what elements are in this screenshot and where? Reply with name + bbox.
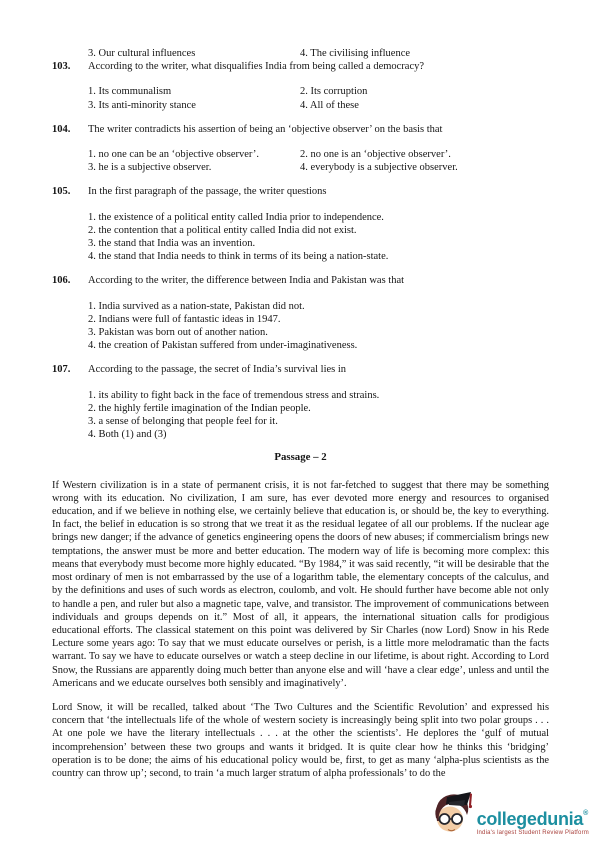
brand-tagline: India's largest Student Review Platform bbox=[477, 830, 589, 836]
question-103: 103. According to the writer, what disqu… bbox=[52, 60, 549, 112]
question-number: 107. bbox=[52, 363, 88, 441]
option: 2. the highly fertile imagination of the… bbox=[88, 402, 549, 415]
option: 1. its ability to fight back in the face… bbox=[88, 389, 549, 402]
question-number: 105. bbox=[52, 185, 88, 263]
carryover-option-4: 4. The civilising influence bbox=[300, 47, 549, 60]
option: 1. the existence of a political entity c… bbox=[88, 211, 549, 224]
option: 2. no one is an ‘objective observer’. bbox=[300, 148, 549, 161]
options-list: 1. Its communalism 2. Its corruption 3. … bbox=[88, 85, 549, 111]
carryover-option-3: 3. Our cultural influences bbox=[88, 47, 300, 60]
question-106: 106. According to the writer, the differ… bbox=[52, 274, 549, 352]
option: 3. he is a subjective observer. bbox=[88, 161, 300, 174]
option: 3. the stand that India was an invention… bbox=[88, 237, 549, 250]
question-number: 104. bbox=[52, 123, 88, 175]
option: 1. no one can be an ‘objective observer’… bbox=[88, 148, 300, 161]
question-number: 103. bbox=[52, 60, 88, 112]
options-list: 1. the existence of a political entity c… bbox=[88, 211, 549, 264]
options-list: 1. its ability to fight back in the face… bbox=[88, 389, 549, 442]
option: 2. Its corruption bbox=[300, 85, 549, 98]
option: 1. Its communalism bbox=[88, 85, 300, 98]
option: 1. India survived as a nation-state, Pak… bbox=[88, 300, 549, 313]
options-list: 1. India survived as a nation-state, Pak… bbox=[88, 300, 549, 353]
registered-mark-icon: ® bbox=[583, 810, 588, 817]
passage-paragraph: Lord Snow, it will be recalled, talked a… bbox=[52, 701, 549, 780]
option: 4. the stand that India needs to think i… bbox=[88, 250, 549, 263]
option: 3. Its anti-minority stance bbox=[88, 99, 300, 112]
question-text: According to the writer, what disqualifi… bbox=[88, 60, 549, 73]
question-107: 107. According to the passage, the secre… bbox=[52, 363, 549, 441]
passage-title: Passage – 2 bbox=[52, 451, 549, 464]
question-text: In the first paragraph of the passage, t… bbox=[88, 185, 549, 198]
question-number: 106. bbox=[52, 274, 88, 352]
question-text: According to the writer, the difference … bbox=[88, 274, 549, 287]
question-105: 105. In the first paragraph of the passa… bbox=[52, 185, 549, 263]
exam-page-content: 3. Our cultural influences 4. The civili… bbox=[52, 47, 549, 791]
carryover-options-row: 3. Our cultural influences 4. The civili… bbox=[88, 47, 549, 60]
options-list: 1. no one can be an ‘objective observer’… bbox=[88, 148, 549, 174]
option: 4. the creation of Pakistan suffered fro… bbox=[88, 339, 549, 352]
option: 4. Both (1) and (3) bbox=[88, 428, 549, 441]
option: 3. a sense of belonging that people feel… bbox=[88, 415, 549, 428]
brand-name: collegedunia® bbox=[477, 810, 589, 828]
option: 2. the contention that a political entit… bbox=[88, 224, 549, 237]
question-text: According to the passage, the secret of … bbox=[88, 363, 549, 376]
option: 3. Pakistan was born out of another nati… bbox=[88, 326, 549, 339]
passage-paragraph: If Western civilization is in a state of… bbox=[52, 479, 549, 690]
question-104: 104. The writer contradicts his assertio… bbox=[52, 123, 549, 175]
collegedunia-logo: collegedunia® India's largest Student Re… bbox=[429, 788, 589, 841]
option: 4. All of these bbox=[300, 99, 549, 112]
question-text: The writer contradicts his assertion of … bbox=[88, 123, 549, 136]
option: 4. everybody is a subjective observer. bbox=[300, 161, 549, 174]
option: 2. Indians were full of fantastic ideas … bbox=[88, 313, 549, 326]
mascot-icon bbox=[429, 788, 475, 841]
